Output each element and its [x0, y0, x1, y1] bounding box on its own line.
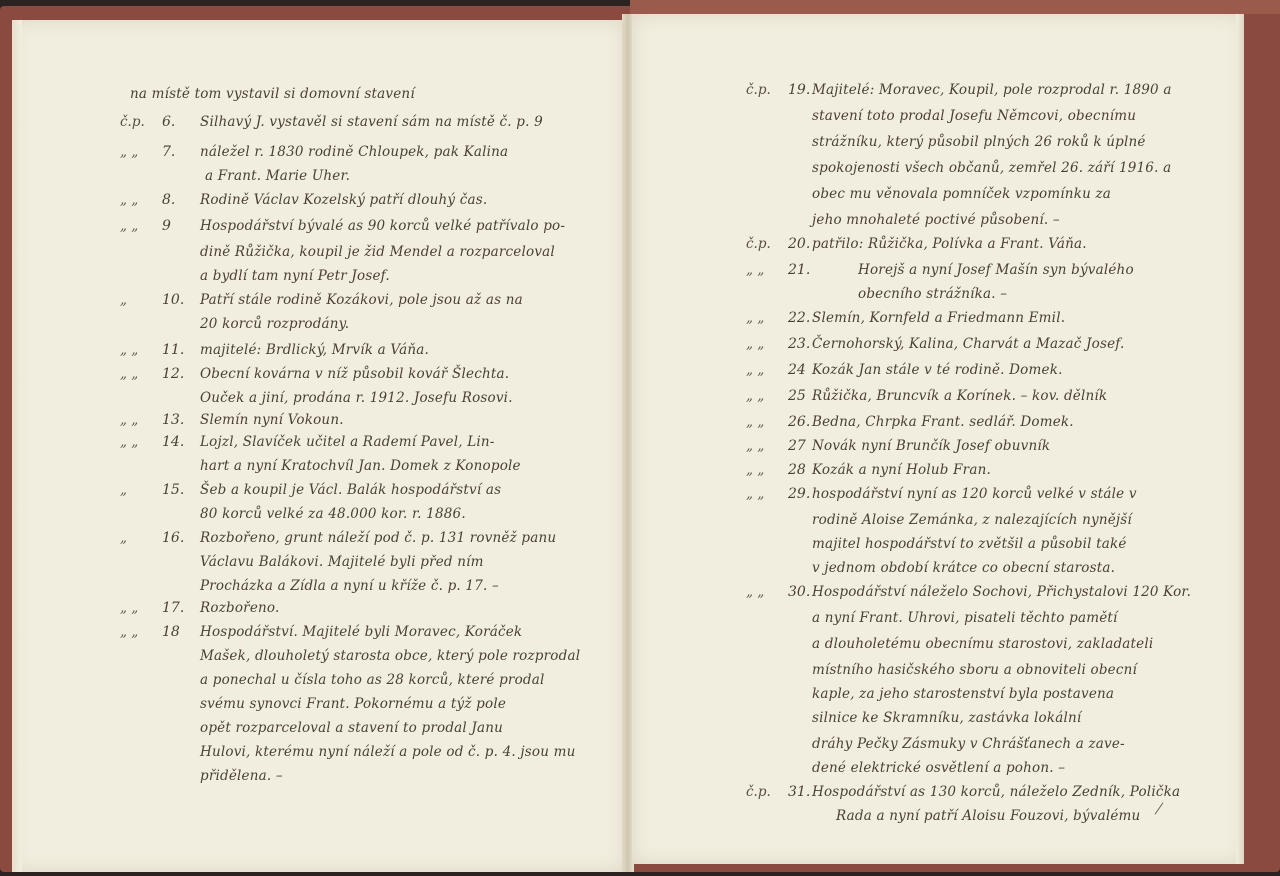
handwritten-line: jeho mnohaleté poctivé působení. –: [812, 212, 1060, 228]
house-number: 15.: [162, 482, 184, 498]
handwritten-line: Rozbořeno.: [200, 600, 280, 616]
entry-prefix: „ „: [746, 414, 764, 430]
handwritten-line: Václavu Balákovi. Majitelé byli před ním: [200, 554, 484, 570]
handwritten-line: Hospodářství. Majitelé byli Moravec, Kor…: [200, 624, 522, 640]
handwritten-line: a nyní Frant. Uhrovi, pisateli těchto pa…: [812, 610, 1118, 626]
house-number: 31.: [788, 784, 810, 800]
handwritten-line: obecního strážníka. –: [858, 286, 1007, 302]
handwritten-line: Hospodářství bývalé as 90 korců velké pa…: [200, 218, 565, 234]
entry-prefix: č.p.: [120, 114, 145, 130]
house-number: 22.: [788, 310, 810, 326]
handwritten-line: opět rozparceloval a stavení to prodal J…: [200, 720, 503, 736]
house-number: 11.: [162, 342, 184, 358]
entry-prefix: „ „: [120, 342, 138, 358]
handwritten-line: a Frant. Marie Uher.: [205, 168, 350, 184]
handwritten-line: Hulovi, kterému nyní náleží a pole od č.…: [200, 744, 576, 760]
house-number: 13.: [162, 412, 184, 428]
handwritten-line: a ponechal u čísla toho as 28 korců, kte…: [200, 672, 545, 688]
house-number: 27: [788, 438, 806, 454]
book-cover-edge: [630, 0, 1280, 14]
handwritten-line: spokojenosti všech občanů, zemřel 26. zá…: [812, 160, 1171, 176]
house-number: 16.: [162, 530, 184, 546]
handwritten-line: Bedna, Chrpka Frant. sedlář. Domek.: [812, 414, 1074, 430]
handwritten-line: Rada a nyní patří Aloisu Fouzovi, bývalé…: [836, 808, 1140, 824]
entry-prefix: „ „: [120, 218, 138, 234]
handwritten-line: Slemín nyní Vokoun.: [200, 412, 344, 428]
entry-prefix: „ „: [746, 438, 764, 454]
handwritten-line: strážníku, který působil plných 26 roků …: [812, 134, 1146, 150]
house-number: 19.: [788, 82, 810, 98]
handwritten-line: dině Růžička, koupil je žid Mendel a roz…: [200, 244, 555, 260]
handwritten-line: Rozbořeno, grunt náleží pod č. p. 131 ro…: [200, 530, 556, 546]
entry-prefix: „ „: [120, 144, 138, 160]
entry-prefix: „ „: [746, 362, 764, 378]
handwritten-line: a bydlí tam nyní Petr Josef.: [200, 268, 390, 284]
handwritten-line: patřilo: Růžička, Polívka a Frant. Váňa.: [812, 236, 1087, 252]
handwritten-line: v jednom období krátce co obecní starost…: [812, 560, 1115, 576]
house-number: 28: [788, 462, 806, 478]
house-number: 8.: [162, 192, 175, 208]
house-number: 20.: [788, 236, 810, 252]
handwritten-line: Slemín, Kornfeld a Friedmann Emil.: [812, 310, 1065, 326]
handwritten-line: Novák nyní Brunčík Josef obuvník: [812, 438, 1050, 454]
handwritten-line: dené elektrické osvětlení a pohon. –: [812, 760, 1065, 776]
handwritten-line: Kozák Jan stále v té rodině. Domek.: [812, 362, 1063, 378]
left-page-edge: [12, 20, 22, 872]
handwritten-line: Silhavý J. vystavěl si stavení sám na mí…: [200, 114, 543, 130]
entry-prefix: „: [120, 530, 127, 546]
entry-prefix: „ „: [746, 462, 764, 478]
handwritten-line: kaple, za jeho starostenství byla postav…: [812, 686, 1114, 702]
entry-prefix: „ „: [120, 412, 138, 428]
handwritten-line: 80 korců velké za 48.000 kor. r. 1886.: [200, 506, 466, 522]
entry-prefix: č.p.: [746, 236, 771, 252]
house-number: 10.: [162, 292, 184, 308]
house-number: 21.: [788, 262, 810, 278]
handwritten-line: silnice ke Skramníku, zastávka lokální: [812, 710, 1081, 726]
entry-prefix: „ „: [120, 192, 138, 208]
house-number: 18: [162, 624, 180, 640]
handwritten-line: Procházka a Zídla a nyní u kříže č. p. 1…: [200, 578, 499, 594]
handwritten-line: Šeb a koupil je Václ. Balák hospodářství…: [200, 482, 501, 498]
entry-prefix: „ „: [120, 600, 138, 616]
handwritten-line: hospodářství nyní as 120 korců velké v s…: [812, 486, 1137, 502]
entry-prefix: „ „: [120, 624, 138, 640]
handwritten-line: Mašek, dlouholetý starosta obce, který p…: [200, 648, 580, 664]
handwritten-line: stavení toto prodal Josefu Němcovi, obec…: [812, 108, 1136, 124]
handwritten-line: Majitelé: Moravec, Koupil, pole rozproda…: [812, 82, 1172, 98]
house-number: 14.: [162, 434, 184, 450]
handwritten-line: Hospodářství náleželo Sochovi, Přichysta…: [812, 584, 1191, 600]
house-number: 23.: [788, 336, 810, 352]
handwritten-line: dráhy Pečky Zásmuky v Chrášťanech a zave…: [812, 736, 1125, 752]
entry-prefix: „ „: [746, 262, 764, 278]
handwritten-line: Obecní kovárna v níž působil kovář Šlech…: [200, 366, 509, 382]
entry-prefix: „: [120, 292, 127, 308]
handwritten-line: Kozák a nyní Holub Fran.: [812, 462, 991, 478]
handwritten-line: Lojzl, Slavíček učitel a Rademí Pavel, L…: [200, 434, 495, 450]
handwritten-line: Ouček a jiní, prodána r. 1912. Josefu Ro…: [200, 390, 513, 406]
house-number: 24: [788, 362, 806, 378]
house-number: 17.: [162, 600, 184, 616]
entry-prefix: č.p.: [746, 784, 771, 800]
handwritten-line: 20 korců rozprodány.: [200, 316, 349, 332]
house-number: 30.: [788, 584, 810, 600]
handwritten-line: majitel hospodářství to zvětšil a působi…: [812, 536, 1127, 552]
house-number: 9: [162, 218, 171, 234]
entry-prefix: „ „: [746, 388, 764, 404]
handwritten-line: a dlouholetému obecnímu starostovi, zakl…: [812, 636, 1153, 652]
handwritten-line: na místě tom vystavil si domovní stavení: [130, 86, 415, 102]
house-number: 25: [788, 388, 806, 404]
handwritten-line: Hospodářství as 130 korců, náleželo Zedn…: [812, 784, 1180, 800]
handwritten-line: majitelé: Brdlický, Mrvík a Váňa.: [200, 342, 429, 358]
handwritten-line: rodině Aloise Zemánka, z nalezajících ny…: [812, 512, 1132, 528]
entry-prefix: „ „: [120, 366, 138, 382]
handwritten-line: místního hasičského sboru a obnoviteli o…: [812, 662, 1137, 678]
right-page-edge: [1236, 14, 1244, 864]
house-number: 12.: [162, 366, 184, 382]
handwritten-line: náležel r. 1830 rodině Chloupek, pak Kal…: [200, 144, 508, 160]
house-number: 6.: [162, 114, 175, 130]
handwritten-line: obec mu věnovala pomníček vzpomínku za: [812, 186, 1111, 202]
entry-prefix: „: [120, 482, 127, 498]
entry-prefix: „ „: [746, 486, 764, 502]
house-number: 26.: [788, 414, 810, 430]
handwritten-line: Rodině Václav Kozelský patří dlouhý čas.: [200, 192, 487, 208]
handwritten-line: Horejš a nyní Josef Mašín syn bývalého: [858, 262, 1134, 278]
handwritten-line: svému synovci Frant. Pokornému a týž pol…: [200, 696, 506, 712]
handwritten-line: Růžička, Bruncvík a Korínek. – kov. děln…: [812, 388, 1107, 404]
handwritten-line: Patří stále rodině Kozákovi, pole jsou a…: [200, 292, 523, 308]
entry-prefix: č.p.: [746, 82, 771, 98]
entry-prefix: „ „: [746, 310, 764, 326]
entry-prefix: „ „: [120, 434, 138, 450]
house-number: 7.: [162, 144, 175, 160]
handwritten-line: přidělena. –: [200, 768, 283, 784]
entry-prefix: „ „: [746, 336, 764, 352]
house-number: 29.: [788, 486, 810, 502]
handwritten-line: hart a nyní Kratochvíl Jan. Domek z Kono…: [200, 458, 521, 474]
handwritten-line: Černohorský, Kalina, Charvát a Mazač Jos…: [812, 336, 1125, 352]
entry-prefix: „ „: [746, 584, 764, 600]
